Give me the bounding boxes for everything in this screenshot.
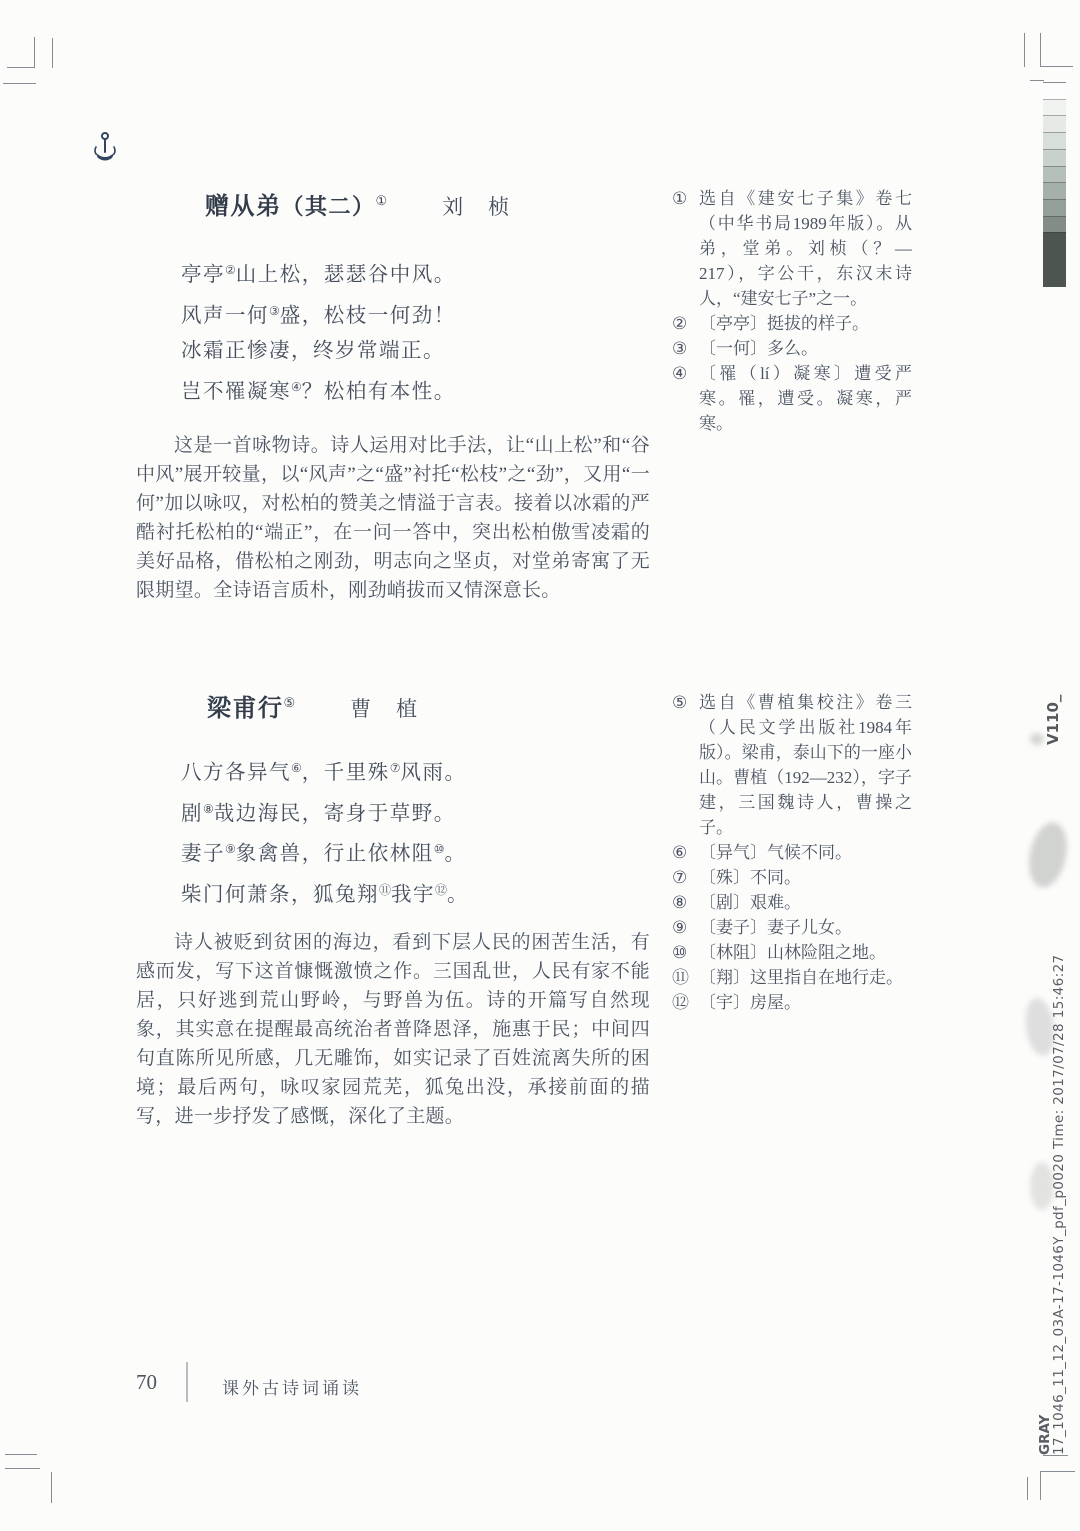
note-text: 〔翔〕这里指自在地行走。 [699,965,912,990]
page-number: 70 [136,1370,157,1395]
note-number: ③ [672,336,699,361]
note-number: ④ [672,361,699,436]
footer-section-label: 课外古诗词诵读 [222,1374,362,1399]
grayscale-step [1043,132,1066,149]
note-text: 〔一何〕多么。 [699,336,912,361]
textbook-page: 赠从弟（其二）① 刘 桢 亭亭②山上松，瑟瑟谷中风。 风声一何③盛，松枝一何劲！… [0,0,1080,1531]
note-text: 〔林阻〕山林险阻之地。 [699,940,912,965]
crop-mark [1040,33,1041,67]
grayscale-step [1043,99,1066,116]
note-item: ⑥ 〔异气〕气候不同。 [672,840,912,865]
crop-mark [1040,66,1073,67]
note-item: ⑤ 选自《曹植集校注》卷三（人民文学出版社1984年版）。梁甫，泰山下的一座小山… [672,690,912,840]
crop-mark [1027,1477,1028,1500]
note-item: ④ 〔罹（lí）凝寒〕遭受严寒。罹，遭受。凝寒，严寒。 [672,361,912,436]
note-number: ⑩ [672,940,699,965]
grayscale-bar [1043,82,1066,287]
crop-mark [5,1454,37,1455]
note-number: ⑫ [672,990,699,1015]
poem2-commentary: 诗人被贬到贫困的海边，看到下层人民的困苦生活，有感而发，写下这首慷慨激愤之作。三… [136,928,650,1131]
crop-mark [5,1468,40,1469]
poem1-title: 赠从弟（其二）① 刘 桢 [205,186,511,222]
poem-line: 妻子⑨象禽兽，行止依林阻⑩。 [181,832,469,873]
note-text: 〔剧〕艰难。 [699,890,912,915]
scan-smudge [1030,733,1044,745]
note-number: ① [672,186,699,311]
scan-smudge [1030,1162,1054,1210]
note-number: ② [672,311,699,336]
poem-line: 亭亭②山上松，瑟瑟谷中风。 [181,253,456,294]
crop-mark [1024,33,1025,67]
note-number: ⑥ [672,840,699,865]
footer-divider [186,1362,188,1402]
poem1-title-text: 赠从弟 [205,194,282,220]
poem1-notes: ① 选自《建安七子集》卷七（中华书局1989年版）。从弟，堂弟。刘桢（？—217… [672,186,912,436]
note-text: 〔宇〕房屋。 [699,990,912,1015]
poem2-title-note-ref: ⑤ [284,695,297,710]
note-number: ⑧ [672,890,699,915]
gray-label: GRAY [1037,1405,1053,1455]
note-text: 〔亭亭〕挺拔的样子。 [699,311,912,336]
poem2-notes: ⑤ 选自《曹植集校注》卷三（人民文学出版社1984年版）。梁甫，泰山下的一座小山… [672,690,912,1015]
note-item: ⑨ 〔妻子〕妻子儿女。 [672,915,912,940]
note-number: ⑪ [672,965,699,990]
poem1-commentary: 这是一首咏物诗。诗人运用对比手法，让“山上松”和“谷中风”展开较量，以“风声”之… [136,431,650,605]
note-item: ⑧ 〔剧〕艰难。 [672,890,912,915]
poem1-title-extra: （其二） [282,194,376,219]
note-item: ⑫ 〔宇〕房屋。 [672,990,912,1015]
poem1-title-note-ref: ① [376,193,389,208]
crop-mark [1040,1471,1041,1500]
crop-mark [51,1472,52,1503]
note-number: ⑨ [672,915,699,940]
poem-line: 冰霜正惨凄，终岁常端正。 [181,334,456,370]
poem-line: 岂不罹凝寒④？松柏有本性。 [181,370,456,411]
poem-line: 八方各异气⑥，千里殊⑦风雨。 [181,751,469,792]
note-item: ③ 〔一何〕多么。 [672,336,912,361]
crop-mark [52,38,53,68]
grayscale-step [1043,232,1066,286]
note-item: ② 〔亭亭〕挺拔的样子。 [672,311,912,336]
crop-mark [3,83,36,84]
note-item: ⑦ 〔殊〕不同。 [672,865,912,890]
note-item: ① 选自《建安七子集》卷七（中华书局1989年版）。从弟，堂弟。刘桢（？—217… [672,186,912,311]
note-number: ⑦ [672,865,699,890]
note-text: 选自《曹植集校注》卷三（人民文学出版社1984年版）。梁甫，泰山下的一座小山。曹… [699,690,912,840]
note-text: 〔妻子〕妻子儿女。 [699,915,912,940]
note-text: 选自《建安七子集》卷七（中华书局1989年版）。从弟，堂弟。刘桢（？—217），… [699,186,912,311]
crop-mark [34,37,35,68]
poem-line: 风声一何③盛，松枝一何劲！ [181,294,456,335]
poem-line: 柴门何萧条，狐兔翔⑪我宇⑫。 [181,873,469,914]
note-item: ⑪ 〔翔〕这里指自在地行走。 [672,965,912,990]
poem2-author: 曹 植 [350,697,419,721]
grayscale-step [1043,149,1066,166]
grayscale-step [1043,199,1066,216]
poem2-title: 梁甫行⑤ 曹 植 [207,688,419,724]
grayscale-step [1043,82,1066,99]
note-number: ⑤ [672,690,699,840]
poem-line: 剧⑧哉边海民，寄身于草野。 [181,792,469,833]
note-item: ⑩ 〔林阻〕山林险阻之地。 [672,940,912,965]
crop-mark [1040,1471,1075,1472]
anchor-icon [92,131,118,161]
poem1-lines: 亭亭②山上松，瑟瑟谷中风。 风声一何③盛，松枝一何劲！ 冰霜正惨凄，终岁常端正。… [181,253,456,410]
grayscale-step [1043,182,1066,199]
note-text: 〔殊〕不同。 [699,865,912,890]
note-text: 〔罹（lí）凝寒〕遭受严寒。罹，遭受。凝寒，严寒。 [699,361,912,436]
crop-mark [7,67,35,68]
poem2-lines: 八方各异气⑥，千里殊⑦风雨。 剧⑧哉边海民，寄身于草野。 妻子⑨象禽兽，行止依林… [181,751,469,913]
crop-mark [1030,80,1044,81]
grayscale-step [1043,166,1066,183]
poem2-title-text: 梁甫行 [207,696,284,722]
grayscale-step [1043,216,1066,233]
note-text: 〔异气〕气候不同。 [699,840,912,865]
version-label: V110_ [1044,681,1062,745]
file-info-label: 17_1046_11_12_03A-17-1046Y_pdf_p0020 Tim… [1051,863,1067,1455]
crop-mark [1043,1455,1068,1456]
poem1-author: 刘 桢 [442,195,511,219]
grayscale-step [1043,115,1066,132]
